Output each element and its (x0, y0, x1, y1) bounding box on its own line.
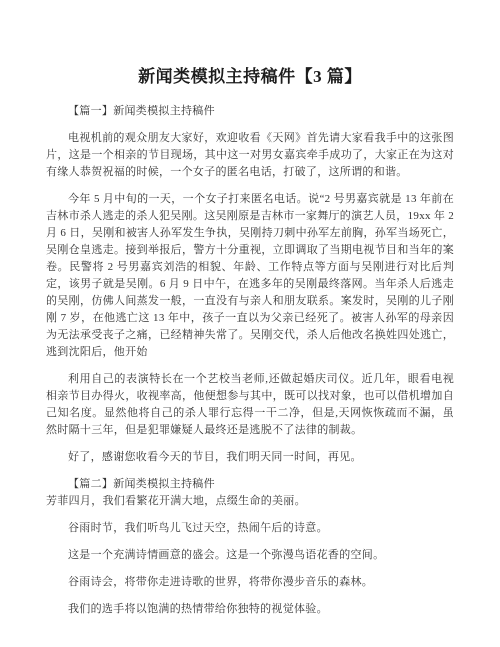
paragraph-signoff: 好了，感谢您收看今天的节目，我们明天同一时间，再见。 (46, 449, 454, 466)
section-1-heading: 【篇一】新闻类模拟主持稿件 (46, 103, 454, 120)
document-title: 新闻类模拟主持稿件【3 篇】 (46, 66, 454, 88)
paragraph-april-line: 芳菲四月，我们看繁花开满大地，点缀生命的美丽。 (46, 493, 454, 510)
paragraph-poetry-line: 谷雨诗会，将带你走进诗歌的世界，将带你漫步音乐的森林。 (46, 574, 454, 591)
paragraph-contestants-line: 我们的选手将以饱满的热情带给你独特的视觉体验。 (46, 601, 454, 618)
paragraph-gala-line: 这是一个充满诗情画意的盛会。这是一个弥漫鸟语花香的空间。 (46, 547, 454, 564)
document-page: 新闻类模拟主持稿件【3 篇】 【篇一】新闻类模拟主持稿件 电视机前的观众朋友大家… (0, 0, 500, 647)
paragraph-guyu-line: 谷雨时节，我们听鸟儿飞过天空，热闹午后的诗意。 (46, 520, 454, 537)
paragraph-case-conclusion: 利用自己的表演特长在一个艺校当老师,还做起婚庆司仪。近几年，眼看电视相亲节目办得… (46, 371, 454, 439)
paragraph-intro: 电视机前的观众朋友大家好，欢迎收看《天网》首先请大家看我手中的这张图片，这是一个… (46, 130, 454, 181)
paragraph-case-report: 今年 5 月中旬的一天，一个女子打来匿名电话。说“2 号男嘉宾就是 13 年前在… (46, 191, 454, 361)
section-2-heading: 【篇二】新闻类模拟主持稿件 (46, 476, 454, 493)
